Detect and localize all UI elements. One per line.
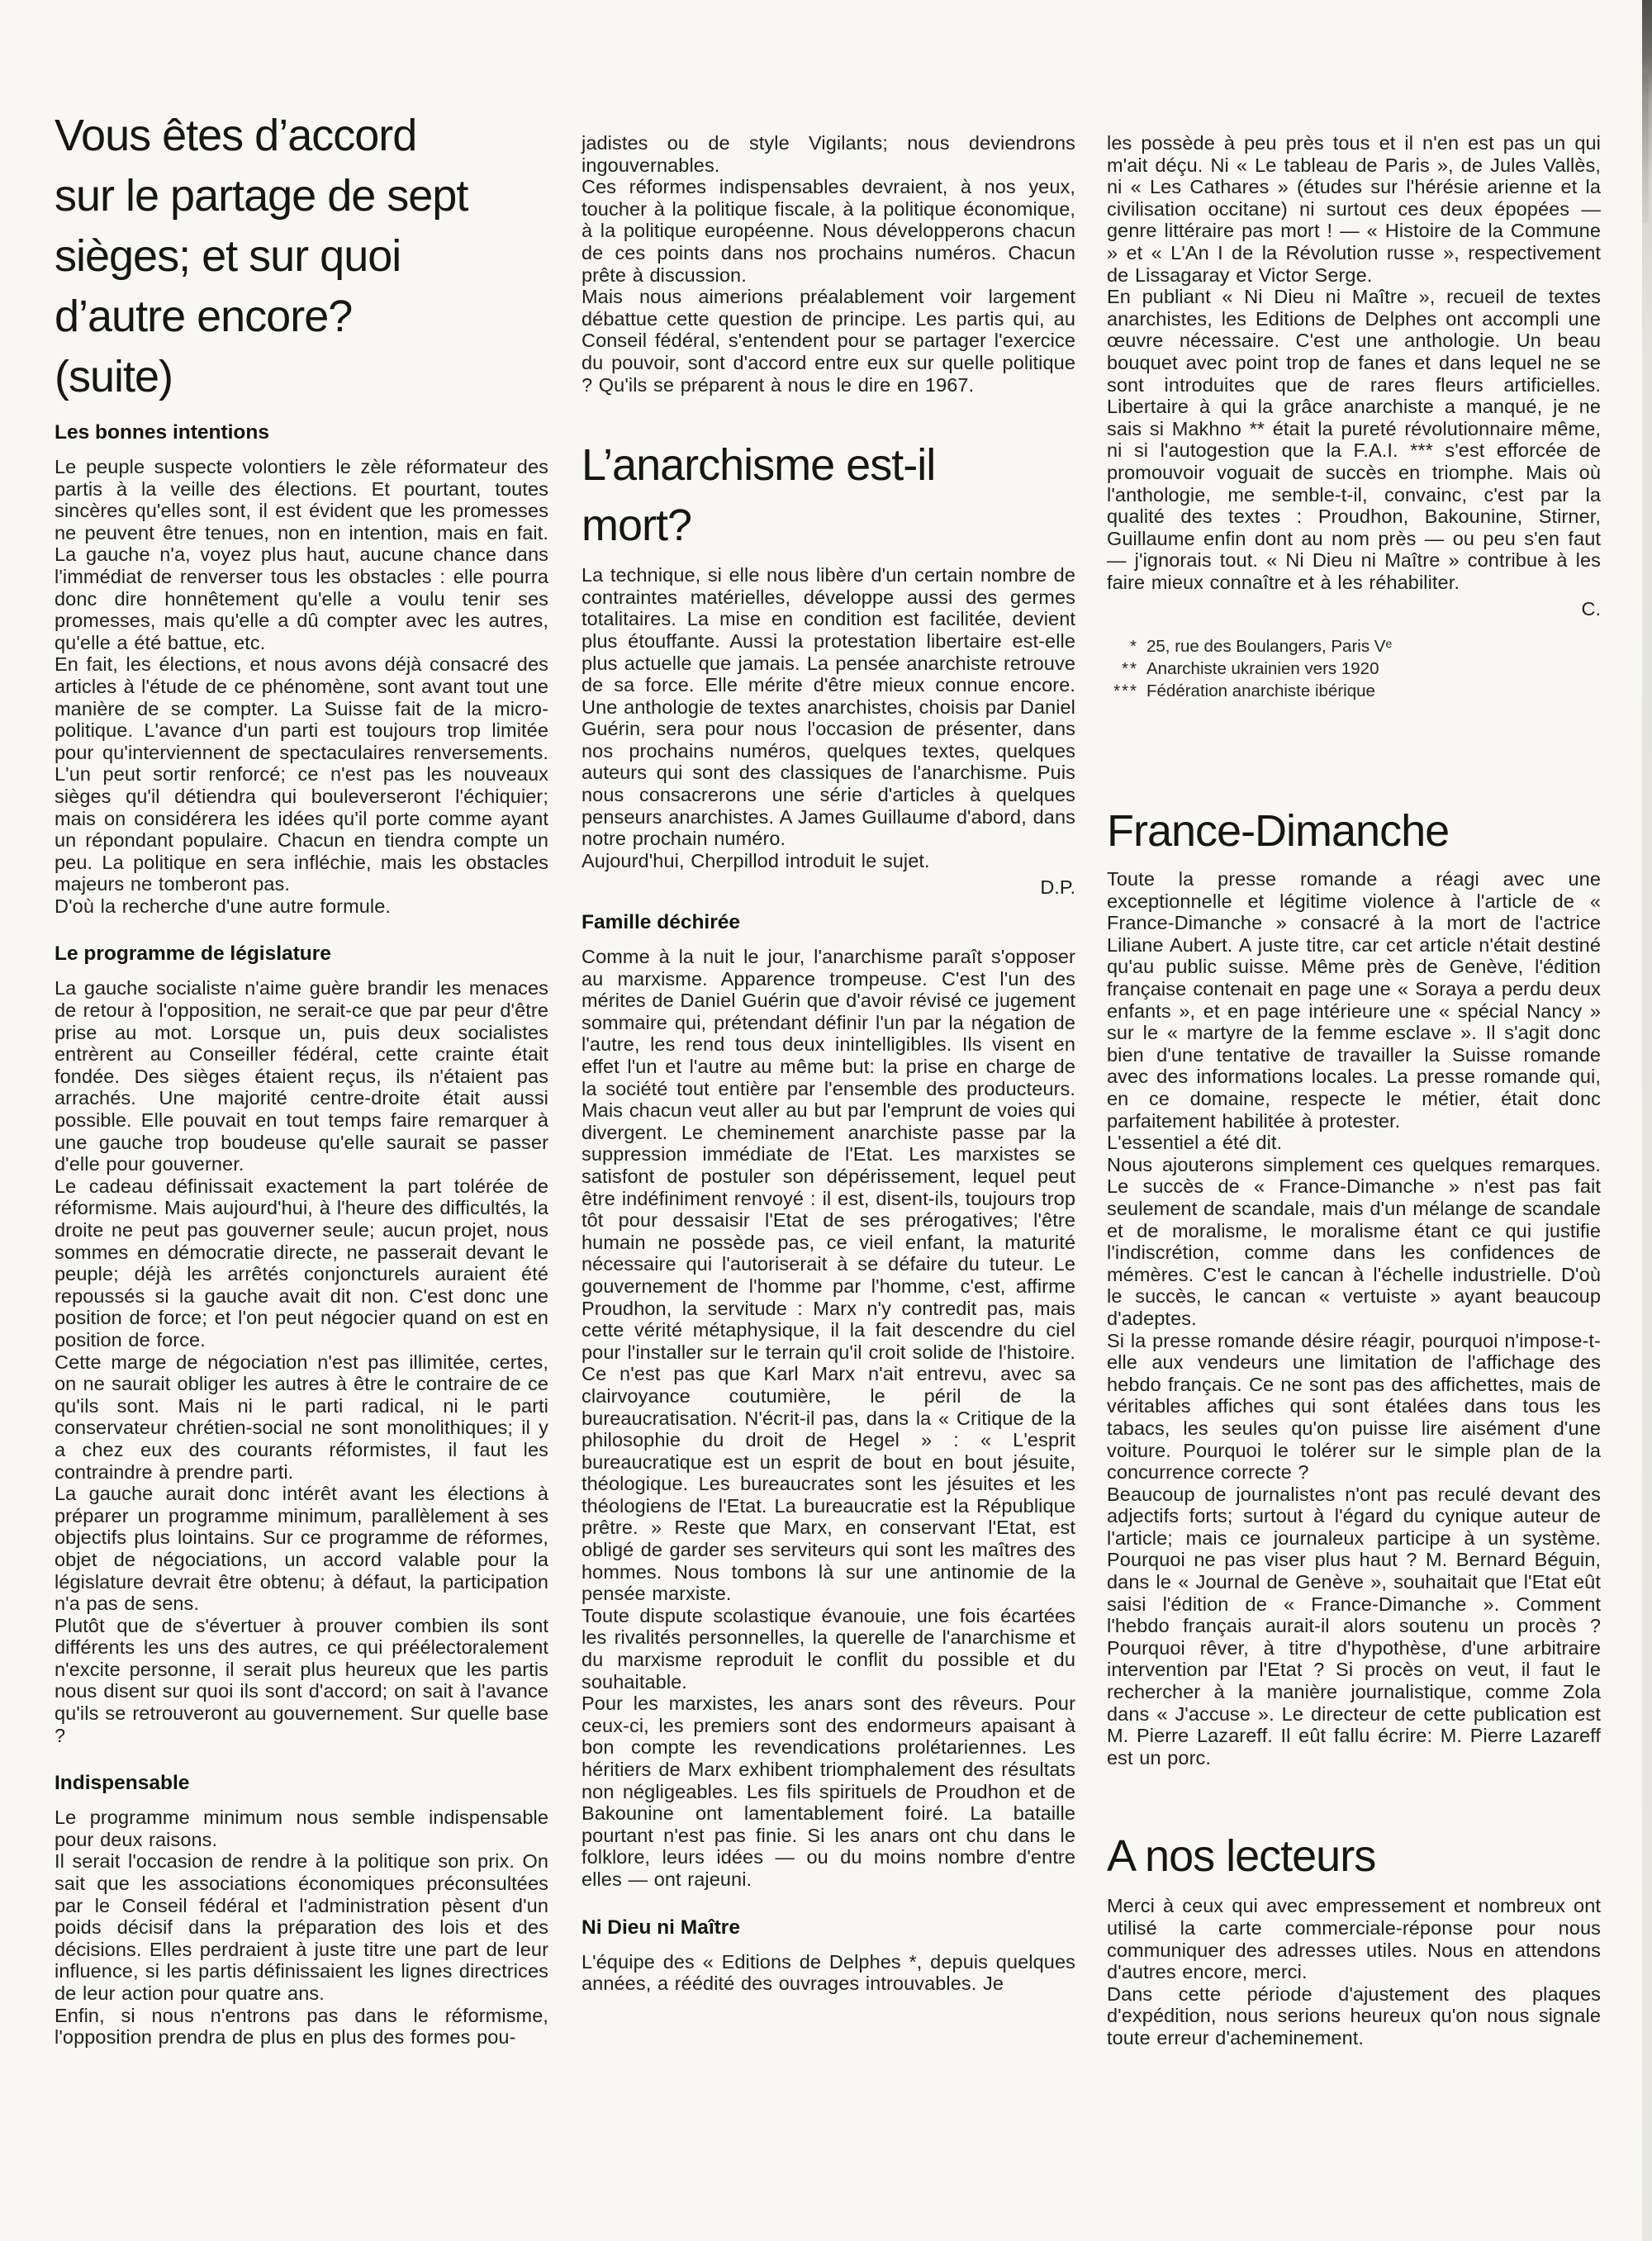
footnote-marker: *** — [1107, 680, 1146, 702]
paragraph: Enfin, si nous n'entrons pas dans le réf… — [55, 2005, 548, 2049]
paragraph: Toute dispute scolastique évanouie, une … — [582, 1605, 1075, 1693]
paragraph: D'où la recherche d'une autre formule. — [55, 895, 548, 918]
paragraph: les possède à peu près tous et il n'en e… — [1107, 132, 1601, 286]
paragraph: Mais nous aimerions préalablement voir l… — [582, 286, 1075, 396]
footnote-marker: ** — [1107, 658, 1146, 680]
paragraph: La technique, si elle nous libère d'un c… — [582, 564, 1075, 850]
paragraph: En fait, les élections, et nous avons dé… — [55, 653, 548, 895]
paragraph: Merci à ceux qui avec empressement et no… — [1107, 1895, 1601, 1982]
paragraph: Plutôt que de s'évertuer à prouver combi… — [55, 1615, 548, 1747]
section-heading-programme-legislature: Le programme de législature — [55, 942, 548, 966]
paragraph: L'équipe des « Editions de Delphes *, de… — [582, 1951, 1075, 1995]
paragraph: Pour les marxistes, les anars sont des r… — [582, 1693, 1075, 1890]
scan-edge-smudge — [1642, 74, 1649, 223]
paragraph: La gauche aurait donc intérêt avant les … — [55, 1483, 548, 1615]
paragraph: Dans cette période d'ajustement des plaq… — [1107, 1983, 1601, 2049]
paragraph: En publiant « Ni Dieu ni Maître », recue… — [1107, 286, 1601, 593]
headline-line: mort? — [582, 496, 1075, 556]
section-heading-ni-dieu-ni-maitre: Ni Dieu ni Maître — [582, 1916, 1075, 1940]
headline-line: sièges; et sur quoi — [55, 226, 548, 287]
column-left: Vous êtes d’accord sur le partage de sep… — [55, 106, 548, 2049]
paragraph: Le cadeau définissait exactement la part… — [55, 1175, 548, 1351]
paragraph: Aujourd'hui, Cherpillod introduit le suj… — [582, 850, 1075, 872]
headline-line: Vous êtes d’accord — [55, 106, 548, 166]
paragraph: Toute la presse romande a réagi avec une… — [1107, 868, 1601, 1132]
paragraph: Si la presse romande désire réagir, pour… — [1107, 1330, 1601, 1484]
column-middle: jadistes ou de style Vigilants; nous dev… — [582, 132, 1075, 1995]
paragraph: Le peuple suspecte volontiers le zèle ré… — [55, 456, 548, 653]
column-right: les possède à peu près tous et il n'en e… — [1107, 132, 1601, 2049]
footnote-text: Anarchiste ukrainien vers 1920 — [1146, 658, 1601, 680]
headline-line: d’autre encore? — [55, 287, 548, 347]
headline-line: L’anarchisme est-il — [582, 435, 1075, 496]
footnote: * 25, rue des Boulangers, Paris Vᵉ — [1107, 635, 1601, 658]
section-heading-famille-dechiree: Famille déchirée — [582, 910, 1075, 935]
paragraph: Le programme minimum nous semble indispe… — [55, 1807, 548, 1850]
paragraph: jadistes ou de style Vigilants; nous dev… — [582, 132, 1075, 176]
footnote-text: 25, rue des Boulangers, Paris Vᵉ — [1146, 635, 1601, 658]
footnote: ** Anarchiste ukrainien vers 1920 — [1107, 658, 1601, 680]
section-heading-indispensable: Indispensable — [55, 1771, 548, 1796]
headline-line: sur le partage de sept — [55, 166, 548, 226]
paragraph: La gauche socialiste n'aime guère brandi… — [55, 977, 548, 1175]
paragraph: Comme à la nuit le jour, l'anarchisme pa… — [582, 946, 1075, 1605]
footnote-marker: * — [1107, 635, 1146, 658]
article-headline-a-nos-lecteurs: A nos lecteurs — [1107, 1826, 1601, 1887]
paragraph: Il serait l'occasion de rendre à la poli… — [55, 1850, 548, 2004]
newspaper-page: Vous êtes d’accord sur le partage de sep… — [0, 0, 1652, 2241]
section-heading-les-bonnes-intentions: Les bonnes intentions — [55, 420, 548, 445]
paragraph: Nous ajouterons simplement ces quelques … — [1107, 1154, 1601, 1330]
byline-initials: D.P. — [582, 876, 1075, 899]
headline-line: (suite) — [55, 347, 548, 407]
paragraph: Beaucoup de journalistes n'ont pas recul… — [1107, 1484, 1601, 1769]
footnote-text: Fédération anarchiste ibérique — [1146, 680, 1601, 702]
article-headline-anarchisme: L’anarchisme est-il mort? — [582, 435, 1075, 556]
byline-initials: C. — [1107, 598, 1601, 620]
footnote: *** Fédération anarchiste ibérique — [1107, 680, 1601, 702]
paragraph: Cette marge de négociation n'est pas ill… — [55, 1351, 548, 1484]
scan-edge-artifact — [1642, 0, 1652, 2241]
footnotes: * 25, rue des Boulangers, Paris Vᵉ ** An… — [1107, 635, 1601, 702]
article-headline-partage: Vous êtes d’accord sur le partage de sep… — [55, 106, 548, 407]
article-headline-france-dimanche: France-Dimanche — [1107, 801, 1601, 862]
paragraph: L'essentiel a été dit. — [1107, 1132, 1601, 1154]
paragraph: Ces réformes indispensables devraient, à… — [582, 176, 1075, 286]
